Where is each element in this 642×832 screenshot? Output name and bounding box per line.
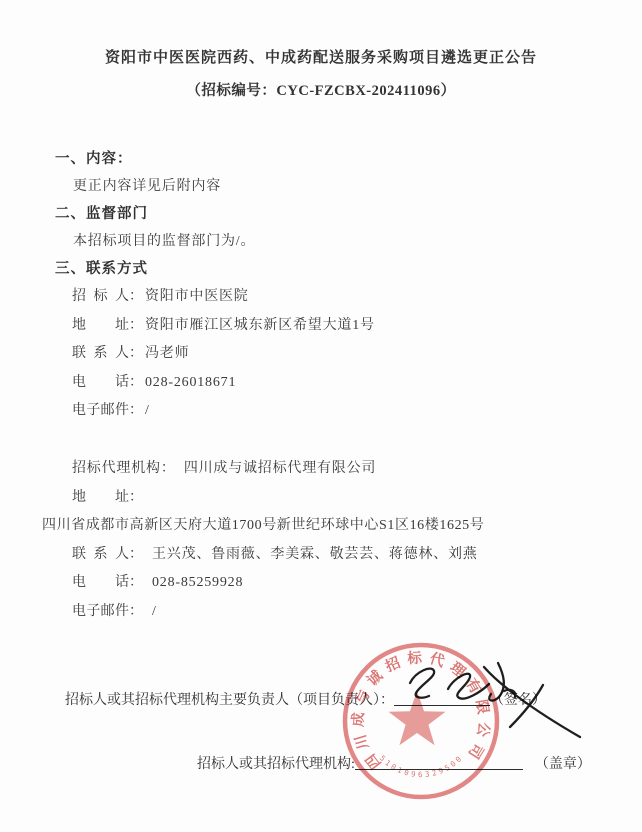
field-value: 028-85259928 xyxy=(152,575,243,590)
signature-stroke xyxy=(448,674,489,699)
field-label: 联系人 xyxy=(72,342,129,362)
field-value: / xyxy=(145,403,150,418)
field-value: / xyxy=(152,604,157,619)
field-label: 地址 xyxy=(72,314,129,334)
field-label: 联系人 xyxy=(72,543,129,563)
agency-address-value: 四川省成都市高新区天府大道1700号新世纪环球中心S1区16楼1625号 xyxy=(42,514,484,534)
field-label: 电话 xyxy=(72,371,129,391)
field-label: 招标人 xyxy=(72,285,129,305)
agency-row-phone: 电话：028-85259928 xyxy=(72,571,243,591)
field-value: 王兴茂、鲁雨薇、李美霖、敬芸芸、蒋德林、刘燕 xyxy=(152,547,478,562)
section-supervision-body: 本招标项目的监督部门为/。 xyxy=(73,230,255,250)
section-supervision-heading: 二、监督部门 xyxy=(55,202,148,223)
field-label: 招标代理机构 xyxy=(72,457,161,477)
field-label: 电子邮件 xyxy=(72,399,129,419)
field-value: 资阳市中医医院 xyxy=(145,289,249,304)
signature-stroke xyxy=(489,663,504,701)
document-subtitle: （招标编号：CYC-FZCBX-202411096） xyxy=(0,79,642,100)
handwritten-signature xyxy=(398,651,590,749)
agency-row-contact: 联系人：王兴茂、鲁雨薇、李美霖、敬芸芸、蒋德林、刘燕 xyxy=(72,543,478,563)
section-content-body: 更正内容详见后附内容 xyxy=(73,175,221,195)
field-label: 地址 xyxy=(72,486,129,506)
field-label: 电话 xyxy=(72,571,129,591)
document-title: 资阳市中医医院西药、中成药配送服务采购项目遴选更正公告 xyxy=(0,46,642,67)
agency-row-email: 电子邮件：/ xyxy=(72,600,157,620)
document-page: 资阳市中医医院西药、中成药配送服务采购项目遴选更正公告 （招标编号：CYC-FZ… xyxy=(0,0,642,832)
agency-row-address-label: 地址： xyxy=(72,486,143,506)
field-value: 四川成与诚招标代理有限公司 xyxy=(184,461,376,476)
tenderer-row-name: 招标人：资阳市中医医院 xyxy=(72,285,249,305)
org-stamp-label: 招标人或其招标代理机构: xyxy=(197,757,355,772)
agency-row-name: 招标代理机构：四川成与诚招标代理有限公司 xyxy=(72,457,376,477)
tenderer-row-phone: 电话：028-26018671 xyxy=(72,371,236,391)
field-value: 资阳市雁江区城东新区希望大道1号 xyxy=(145,318,375,333)
seal-number-text: 5101096329500 xyxy=(378,753,465,780)
section-content-heading: 一、内容： xyxy=(55,147,133,168)
signature-stroke xyxy=(410,669,434,698)
tenderer-row-email: 电子邮件：/ xyxy=(72,399,150,419)
signature-graphic xyxy=(398,651,590,749)
svg-text:5101096329500: 5101096329500 xyxy=(378,753,465,780)
tenderer-row-address: 地址：资阳市雁江区城东新区希望大道1号 xyxy=(72,314,375,334)
field-value: 冯老师 xyxy=(145,346,189,361)
field-value: 028-26018671 xyxy=(145,375,236,390)
section-contact-heading: 三、联系方式 xyxy=(55,257,148,278)
tenderer-row-contact: 联系人：冯老师 xyxy=(72,342,189,362)
field-label: 电子邮件 xyxy=(72,600,129,620)
org-stamp-suffix: （盖章） xyxy=(535,757,591,772)
